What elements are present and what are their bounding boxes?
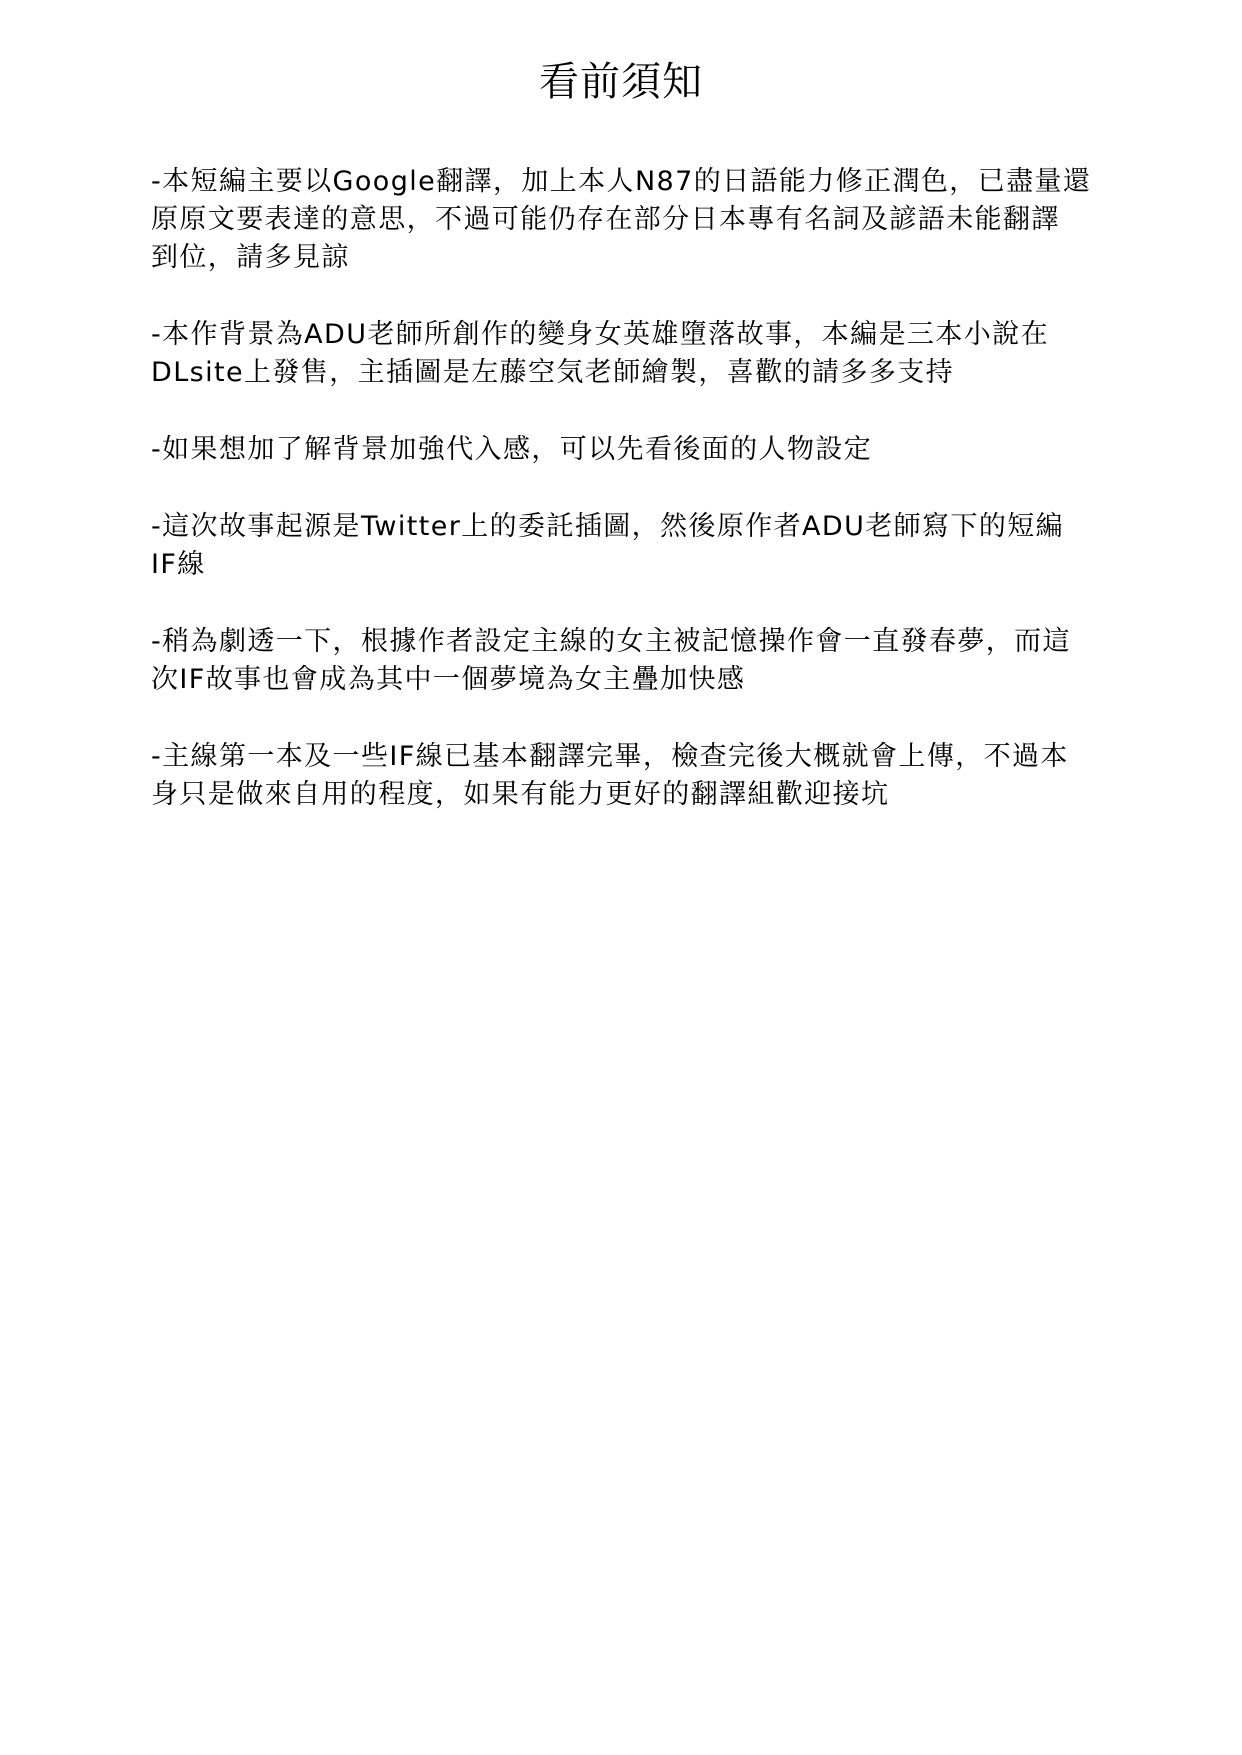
- text-line: -這次故事起源是Twitter上的委託插圖，然後原作者ADU老師寫下的短編: [151, 508, 1111, 546]
- document-page: 看前須知 -本短編主要以Google翻譯，加上本人N87的日語能力修正潤色，已盡…: [0, 0, 1242, 1755]
- text-line: -稍為劇透一下，根據作者設定主線的女主被記憶操作會一直發春夢，而這: [151, 623, 1111, 661]
- text-line: IF線: [151, 546, 1111, 584]
- text-line: DLsite上發售，主插圖是左藤空気老師繪製，喜歡的請多多支持: [151, 354, 1111, 392]
- text-line: 次IF故事也會成為其中一個夢境為女主疊加快感: [151, 661, 1111, 699]
- text-line: 身只是做來自用的程度，如果有能力更好的翻譯組歡迎接坑: [151, 776, 1111, 814]
- notice-paragraph-background: -本作背景為ADU老師所創作的變身女英雄墮落故事，本編是三本小說在 DLsite…: [151, 316, 1111, 392]
- page-title: 看前須知: [0, 58, 1242, 106]
- text-line: -本短編主要以Google翻譯，加上本人N87的日語能力修正潤色，已盡量還: [151, 163, 1111, 201]
- notice-paragraph-progress: -主線第一本及一些IF線已基本翻譯完畢，檢查完後大概就會上傳，不過本 身只是做來…: [151, 738, 1111, 814]
- notice-body: -本短編主要以Google翻譯，加上本人N87的日語能力修正潤色，已盡量還 原原…: [151, 163, 1111, 853]
- text-line: 原原文要表達的意思，不過可能仍存在部分日本專有名詞及諺語未能翻譯: [151, 201, 1111, 239]
- notice-paragraph-spoiler: -稍為劇透一下，根據作者設定主線的女主被記憶操作會一直發春夢，而這 次IF故事也…: [151, 623, 1111, 699]
- text-line: 到位，請多見諒: [151, 239, 1111, 277]
- text-line: -如果想加了解背景加強代入感，可以先看後面的人物設定: [151, 431, 1111, 469]
- notice-paragraph-translation: -本短編主要以Google翻譯，加上本人N87的日語能力修正潤色，已盡量還 原原…: [151, 163, 1111, 277]
- text-line: -本作背景為ADU老師所創作的變身女英雄墮落故事，本編是三本小說在: [151, 316, 1111, 354]
- notice-paragraph-character-settings: -如果想加了解背景加強代入感，可以先看後面的人物設定: [151, 431, 1111, 469]
- text-line: -主線第一本及一些IF線已基本翻譯完畢，檢查完後大概就會上傳，不過本: [151, 738, 1111, 776]
- notice-paragraph-origin: -這次故事起源是Twitter上的委託插圖，然後原作者ADU老師寫下的短編 IF…: [151, 508, 1111, 584]
